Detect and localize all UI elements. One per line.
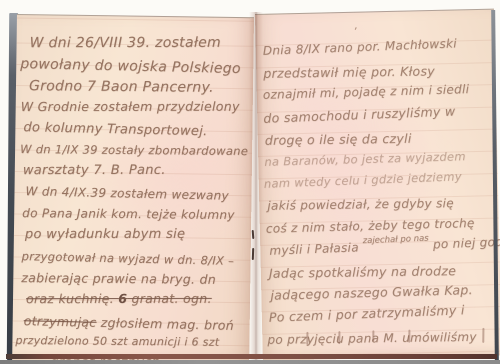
bleedthrough-mark bbox=[408, 330, 410, 343]
book-gutter bbox=[249, 12, 263, 362]
handwriting-line: Grodno 7 Baon Pancerny. bbox=[29, 78, 214, 96]
book-bottom-edge bbox=[6, 354, 497, 359]
handwriting-line: warsztaty 7. B. Panc. bbox=[23, 163, 166, 178]
inserted-word: zajechał po nas bbox=[363, 233, 429, 246]
handwriting-line: W dn 1/IX 39 zostały zbombardowane bbox=[20, 142, 248, 158]
bleedthrough-mark bbox=[338, 331, 340, 344]
handwriting-segment: granat. ogn. bbox=[127, 291, 212, 306]
handwriting-line: W dn 4/IX.39 zostałem wezwany bbox=[25, 185, 229, 204]
handwriting-line: drogę o ile się da czyli bbox=[265, 131, 412, 148]
handwriting-segment: drogę o ile się da czyli bbox=[265, 131, 412, 148]
handwriting-line: oraz kuchnię. 6 granat. ogn. bbox=[26, 291, 212, 306]
photo-background: W dni 26/VIII 39. zostałempowołany do wo… bbox=[0, 0, 500, 364]
handwriting-segment: zgłosiłem mag. broń bbox=[96, 314, 234, 332]
handwriting-line: nam wtedy celu i gdzie jedziemy bbox=[264, 169, 462, 191]
handwriting-line: do Pana Janik kom. tejże kolumny bbox=[22, 206, 235, 222]
handwriting-segment: W dni 26/VIII 39. zostałem bbox=[30, 35, 221, 51]
handwriting-line: jadącego naszego Gwałka Kap. bbox=[270, 282, 473, 303]
handwriting-line: zabierając prawie na bryg. dn bbox=[21, 270, 216, 287]
handwriting-segment: 6 bbox=[118, 291, 127, 306]
handwriting-line: myśli i Pałasia zajechał po nas po niej … bbox=[269, 234, 500, 257]
handwriting-segment: otrzymując bbox=[24, 313, 97, 330]
handwriting-segment: przydzielono 50 szt amunicji i 6 szt bbox=[15, 334, 219, 349]
handwriting-segment: Dnia 8/IX rano por. Machłowski bbox=[263, 36, 458, 57]
table-surface bbox=[0, 360, 500, 364]
handwriting-block-right: Dnia 8/IX rano por. Machłowskiprzedstawi… bbox=[255, 10, 500, 361]
handwriting-line: jakiś powiedział, że gdyby się bbox=[267, 197, 454, 214]
handwriting-segment: oraz kuchnię. bbox=[26, 291, 118, 306]
handwriting-segment: Po czem i por zatrzymaliśmy i bbox=[269, 303, 465, 326]
handwriting-segment: warsztaty 7. B. Panc. bbox=[23, 163, 166, 178]
handwriting-line: otrzymując zgłosiłem mag. broń bbox=[24, 313, 235, 333]
handwriting-line: przedstawił mię por. Kłosy bbox=[263, 64, 435, 81]
handwriting-line: W Grodnie zostałem przydzielony bbox=[21, 99, 240, 114]
handwriting-line: powołany do wojska Polskiego bbox=[20, 56, 241, 77]
gutter-ink-mark bbox=[252, 248, 254, 260]
handwriting-line: W dni 26/VIII 39. zostałem bbox=[30, 35, 221, 51]
handwriting-line: Po czem i por zatrzymaliśmy i bbox=[269, 303, 465, 326]
notebook: W dni 26/VIII 39. zostałempowołany do wo… bbox=[6, 8, 497, 362]
handwriting-line: oznajmił mi, pojadę z nim i siedli bbox=[263, 82, 470, 102]
handwriting-segment: Jadąc spotkaliśmy na drodze bbox=[269, 263, 456, 281]
bleedthrough-mark bbox=[306, 332, 308, 345]
handwriting-line: coś z nim stało, żeby tego trochę bbox=[266, 216, 475, 236]
right-page: ’ Dnia 8/IX rano por. Machłowskiprzedsta… bbox=[255, 9, 500, 361]
handwriting-segment: na Baranów, bo jest za wyjazdem bbox=[264, 149, 466, 169]
handwriting-segment: W Grodnie zostałem przydzielony bbox=[21, 99, 240, 114]
handwriting-segment: do kolumny Transportowej. bbox=[23, 120, 207, 139]
handwriting-segment: Grodno 7 Baon Pancerny. bbox=[29, 78, 214, 96]
handwriting-line: Jadąc spotkaliśmy na drodze bbox=[269, 263, 456, 281]
handwriting-segment: coś z nim stało, żeby tego trochę bbox=[266, 216, 475, 236]
handwriting-line: przygotował na wyjazd w dn. 8/IX – bbox=[21, 249, 234, 268]
handwriting-line: po wyładunku abym się bbox=[25, 227, 185, 242]
handwriting-segment: przygotował na wyjazd w dn. 8/IX – bbox=[21, 249, 234, 268]
handwriting-segment: powołany do wojska Polskiego bbox=[20, 56, 241, 77]
bleedthrough-mark bbox=[482, 328, 484, 343]
handwriting-line: przydzielono 50 szt amunicji i 6 szt bbox=[15, 334, 219, 349]
handwriting-segment: po wyładunku abym się bbox=[25, 227, 185, 242]
handwriting-segment: jakiś powiedział, że gdyby się bbox=[267, 197, 454, 214]
left-page: W dni 26/VIII 39. zostałempowołany do wo… bbox=[12, 14, 254, 364]
handwriting-line: na Baranów, bo jest za wyjazdem bbox=[264, 149, 466, 169]
handwriting-segment: do Pana Janik kom. tejże kolumny bbox=[22, 206, 235, 222]
handwriting-segment: do samochodu i ruszyliśmy w bbox=[263, 103, 456, 125]
handwriting-segment: W dn 1/IX 39 zostały zbombardowane bbox=[20, 142, 248, 158]
handwriting-segment: jadącego naszego Gwałka Kap. bbox=[270, 282, 473, 303]
handwriting-block-left: W dni 26/VIII 39. zostałempowołany do wo… bbox=[12, 15, 254, 364]
handwriting-segment: W dn 4/IX.39 zostałem wezwany bbox=[25, 185, 229, 204]
handwriting-line: do samochodu i ruszyliśmy w bbox=[263, 103, 456, 125]
handwriting-segment: oznajmił mi, pojadę z nim i siedli bbox=[263, 82, 470, 102]
handwriting-segment: zabierając prawie na bryg. dn bbox=[21, 270, 216, 287]
handwriting-segment: nam wtedy celu i gdzie jedziemy bbox=[264, 169, 462, 191]
handwriting-line: do kolumny Transportowej. bbox=[23, 120, 207, 139]
handwriting-segment: myśli i Pałasia bbox=[269, 240, 363, 258]
handwriting-segment: przedstawił mię por. Kłosy bbox=[263, 64, 435, 81]
bleedthrough-mark bbox=[372, 330, 374, 341]
handwriting-segment: po niej god. bbox=[429, 234, 500, 251]
handwriting-line: Dnia 8/IX rano por. Machłowski bbox=[263, 36, 458, 57]
